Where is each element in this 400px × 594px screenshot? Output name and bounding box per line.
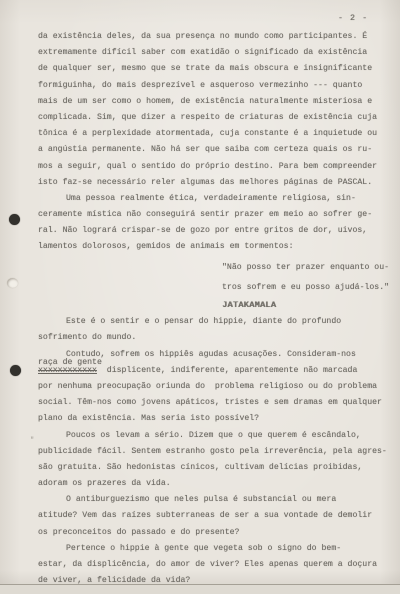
text-line: mais de um ser como o homem, de existênc… (38, 94, 388, 110)
text-line: ceramente mística não conseguirá sentir … (38, 207, 388, 223)
text-line: estar, da displicência, do amor de viver… (38, 557, 388, 573)
scanned-typewritten-page: - 2 - da existência deles, da sua presen… (0, 0, 400, 594)
text-line: JATAKAMALA (222, 298, 388, 314)
ink-dot-mark (9, 214, 20, 225)
text-line: são gratuita. São hedonistas cínicos, cu… (38, 460, 388, 476)
text-line: a angústia permanente. Não há ser que sa… (38, 142, 388, 158)
paper-hole-blemish (7, 278, 18, 288)
text-line: ral. Não logrará crispar-se de gozo por … (38, 223, 388, 239)
page-edge-shadow (0, 584, 400, 594)
text-line: da existência deles, da sua presença no … (38, 29, 388, 45)
text-line: Este é o sentir e o pensar do hippie, di… (38, 314, 388, 330)
text-line: tônica é a perplexidade atormentada, cuj… (38, 126, 388, 142)
text-line: publicidade fácil. Sentem estranho gosto… (38, 444, 388, 460)
text-line: lamentos dolorosos, gemidos de animais e… (38, 239, 388, 255)
text-line: atitude? Vem das raízes subterraneas de … (38, 508, 388, 524)
text-line: plano da existência. Mas seria isto poss… (38, 411, 388, 427)
text-line: O antiburguezismo que neles pulsa é subs… (38, 492, 388, 508)
corrected-text-line: raça de gentexxxxxxxxxxxx displicente, i… (38, 363, 388, 379)
text-line: mos a seguir, qual o sentido do próprio … (38, 159, 388, 175)
text-line: extremamente difícil saber com exatidão … (38, 45, 388, 61)
text-line: isto faz-se necessário reler algumas das… (38, 175, 388, 191)
page-number: - 2 - (338, 13, 368, 23)
typed-correction: raça de gentexxxxxxxxxxxx (38, 363, 97, 379)
text-line: sofrimento do mundo. (38, 330, 388, 346)
inserted-correction-text: raça de gente (38, 355, 102, 371)
text-line: Uma pessoa realmente ética, verdadeirame… (38, 191, 388, 207)
stray-ink-mark: " (30, 437, 34, 445)
text-line: Pertence o hippie à gente que vegeta sob… (38, 541, 388, 557)
ink-dot-mark (10, 365, 21, 376)
text-line: formiguinha, do mais desprezível e asque… (38, 78, 388, 94)
text-line: adoram os prazeres da vida. (38, 476, 388, 492)
text-line: de qualquer ser, mesmo que se trate da m… (38, 61, 388, 77)
text-line: por nenhuma preocupação oriunda do probl… (38, 379, 388, 395)
text-line: social. Têm-nos como jovens apáticos, tr… (38, 395, 388, 411)
text-line: tros sofrem e eu posso ajudá-los." (222, 280, 388, 296)
text-line: "Não posso ter prazer enquanto ou- (222, 260, 388, 276)
typewritten-text-block: da existência deles, da sua presença no … (38, 29, 388, 589)
text-line: Poucos os levam a sério. Dizem que o que… (38, 428, 388, 444)
text-line: os preconceitos do passado e do presente… (38, 525, 388, 541)
text-line: complicada. Sim, que dizer a respeito de… (38, 110, 388, 126)
